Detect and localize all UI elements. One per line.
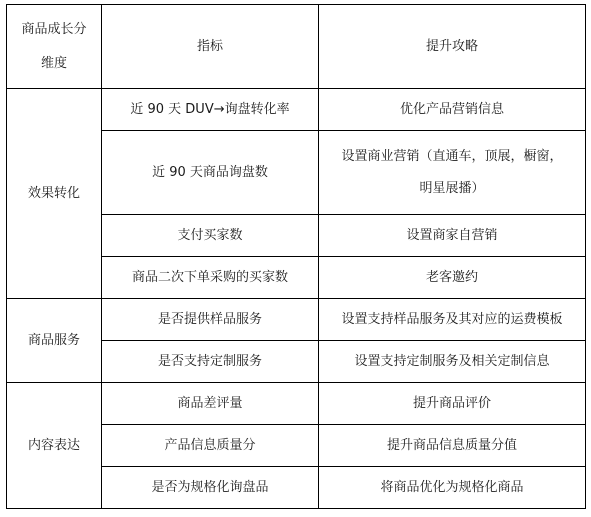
growth-strategy-table: 商品成长分维度 指标 提升攻略 效果转化 近 90 天 DUV→询盘转化率 优化… [6,4,586,509]
header-row: 商品成长分维度 指标 提升攻略 [7,5,586,89]
strategy-cell: 提升商品评价 [319,383,586,425]
strategy-cell: 将商品优化为规格化商品 [319,467,586,509]
header-dimension-line1: 商品成长分 [21,22,86,37]
metric-cell: 是否为规格化询盘品 [102,467,319,509]
metric-cell: 商品二次下单采购的买家数 [102,257,319,299]
metric-cell: 支付买家数 [102,215,319,257]
strategy-cell: 设置商业营销（直通车，顶展，橱窗，明星展播） [319,131,586,215]
metric-cell: 是否支持定制服务 [102,341,319,383]
strategy-cell: 优化产品营销信息 [319,89,586,131]
strategy-cell: 设置支持定制服务及相关定制信息 [319,341,586,383]
table-row: 内容表达 商品差评量 提升商品评价 [7,383,586,425]
metric-cell: 是否提供样品服务 [102,299,319,341]
strategy-line1: 设置商业营销（直通车，顶展，橱窗， [341,149,562,164]
strategy-cell: 设置支持样品服务及其对应的运费模板 [319,299,586,341]
metric-cell: 近 90 天商品询盘数 [102,131,319,215]
strategy-cell: 提升商品信息质量分值 [319,425,586,467]
strategy-cell: 老客邀约 [319,257,586,299]
header-dimension: 商品成长分维度 [7,5,102,89]
header-metric: 指标 [102,5,319,89]
metric-cell: 商品差评量 [102,383,319,425]
dimension-cell: 内容表达 [7,383,102,509]
header-dimension-line2: 维度 [41,56,67,71]
metric-cell: 产品信息质量分 [102,425,319,467]
header-strategy: 提升攻略 [319,5,586,89]
metric-cell: 近 90 天 DUV→询盘转化率 [102,89,319,131]
strategy-line2: 明星展播） [419,181,484,196]
table-row: 效果转化 近 90 天 DUV→询盘转化率 优化产品营销信息 [7,89,586,131]
dimension-cell: 效果转化 [7,89,102,299]
strategy-cell: 设置商家自营销 [319,215,586,257]
table-row: 商品服务 是否提供样品服务 设置支持样品服务及其对应的运费模板 [7,299,586,341]
dimension-cell: 商品服务 [7,299,102,383]
